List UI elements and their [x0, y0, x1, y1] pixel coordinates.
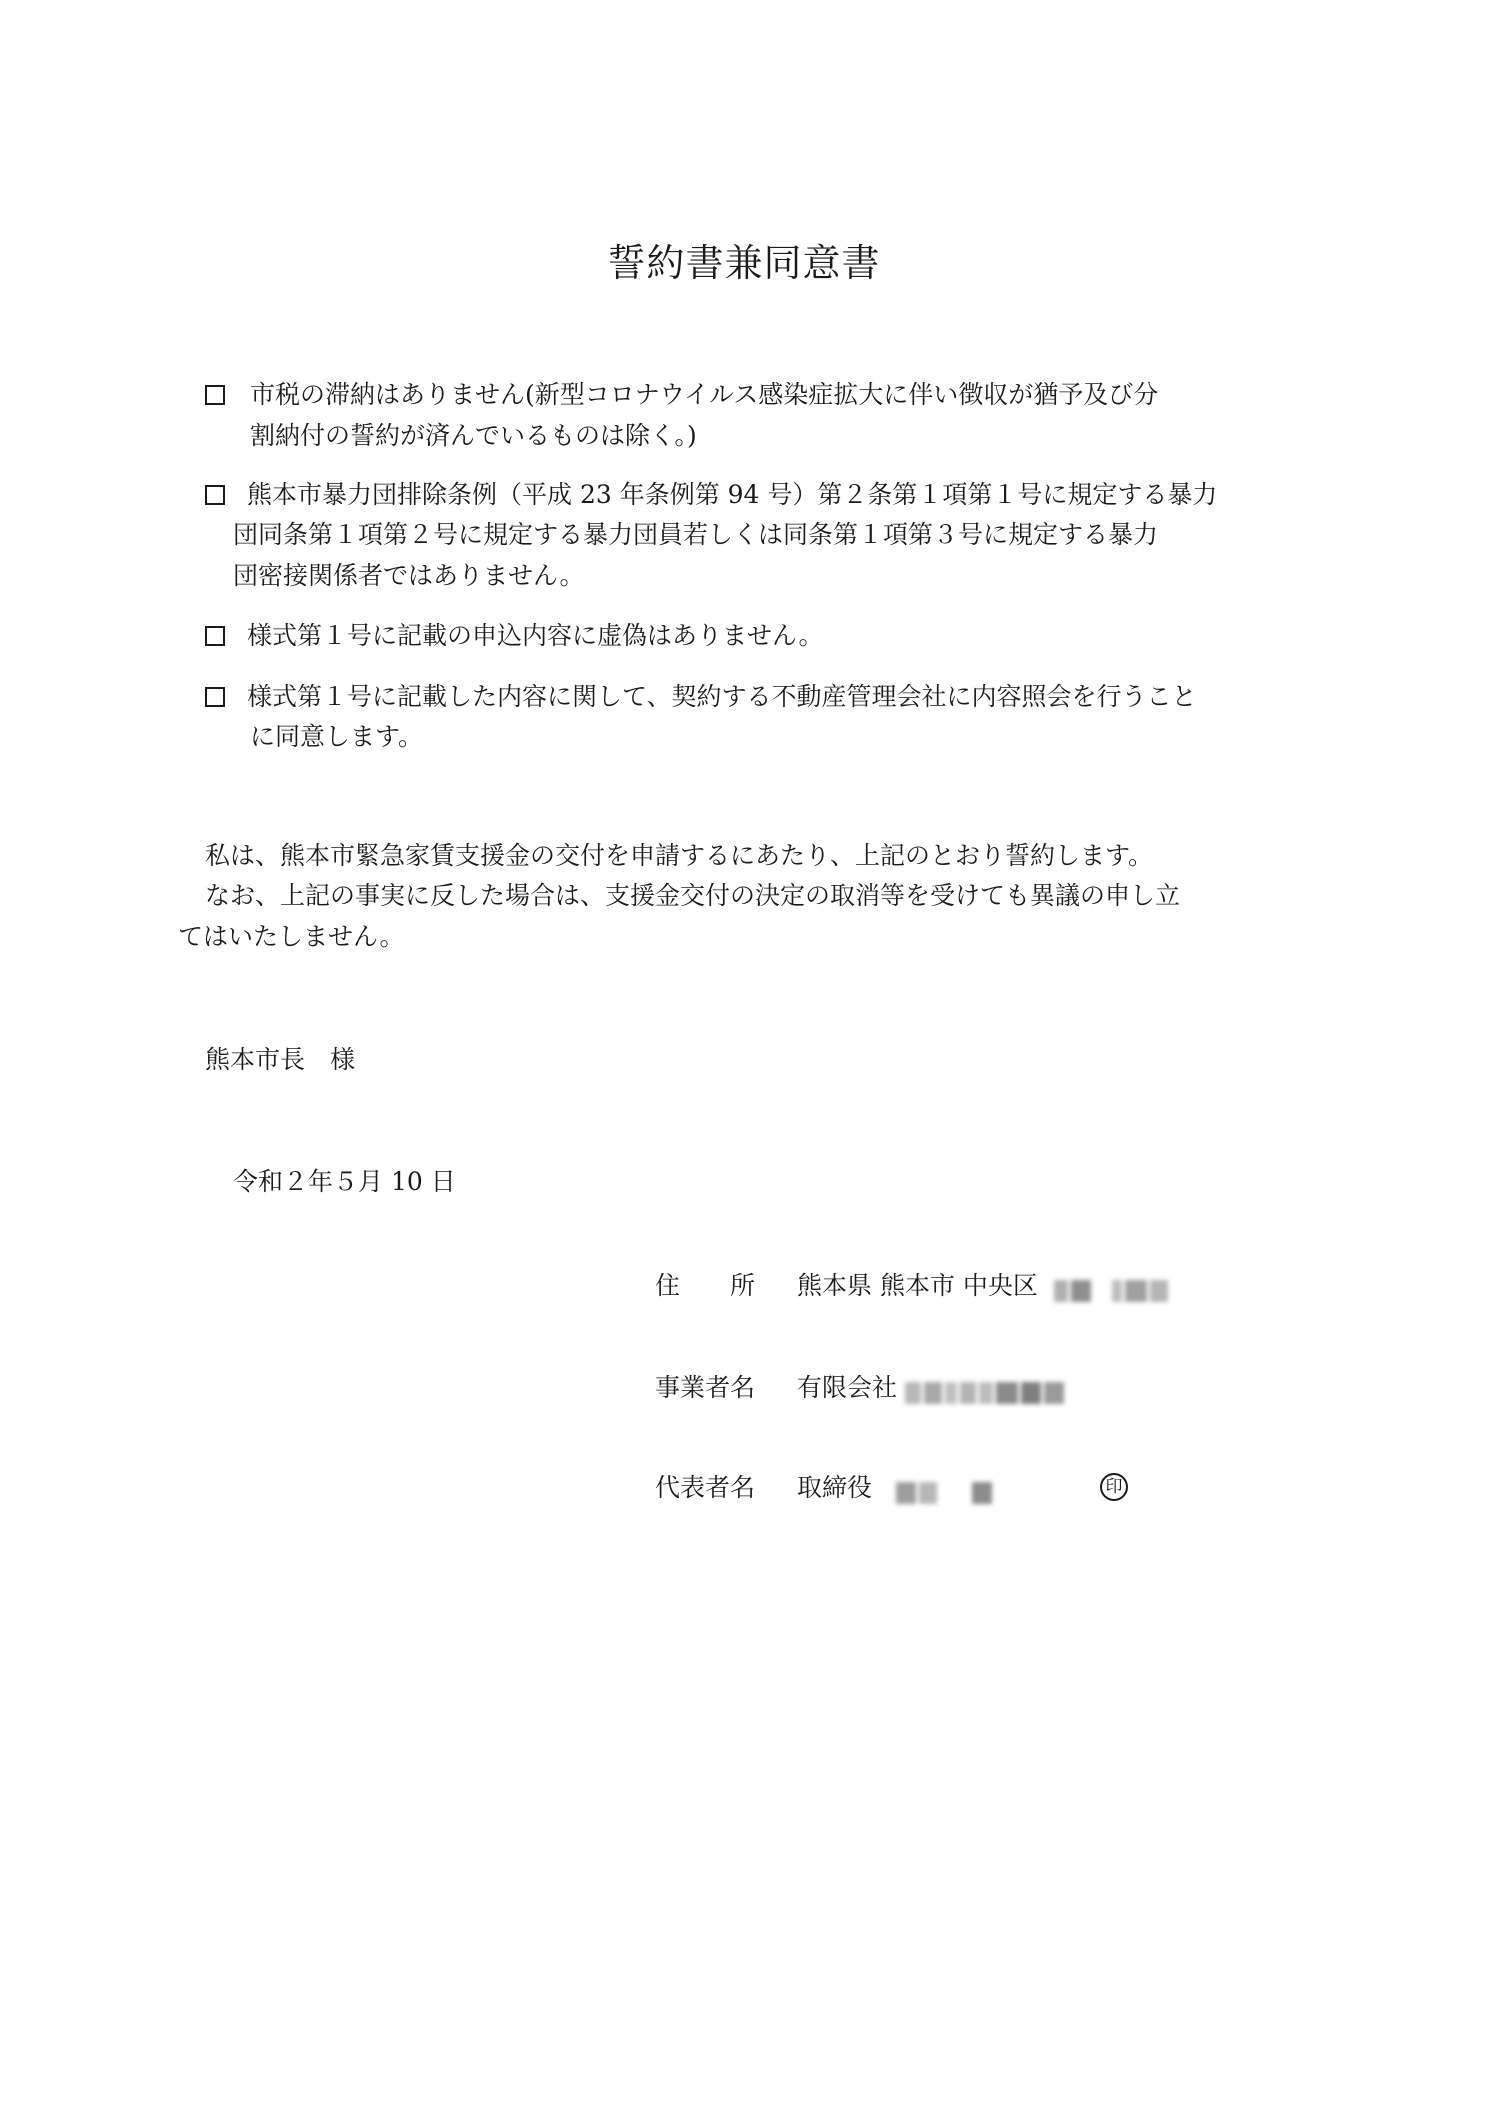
document-title: 誓約書兼同意書 — [0, 232, 1488, 287]
checklist-text-line: 熊本市暴力団排除条例（平成 23 年条例第 94 号）第２条第１項第１号に規定す… — [247, 480, 1217, 510]
redacted-representative-name — [896, 1477, 995, 1503]
checkbox-no-false-statement[interactable] — [205, 626, 225, 646]
redacted-business-name — [905, 1377, 1067, 1403]
checklist-text-line: 割納付の誓約が済んでいるものは除く。) — [250, 421, 697, 451]
business-name-label: 事業者名 — [655, 1373, 755, 1403]
business-name-value: 有限会社 — [797, 1373, 1067, 1403]
checklist-text-line: に同意します。 — [250, 722, 423, 752]
document-page: 誓約書兼同意書 市税の滞納はありません(新型コロナウイルス感染症拡大に伴い徴収が… — [0, 0, 1488, 2104]
date: 令和２年５月 10 日 — [233, 1167, 456, 1197]
checklist-text-line: 市税の滞納はありません(新型コロナウイルス感染症拡大に伴い徴収が猶予及び分 — [250, 380, 1158, 410]
checkbox-tax-arrears[interactable] — [205, 385, 225, 405]
checklist-text-line: 様式第１号に記載した内容に関して、契約する不動産管理会社に内容照会を行うこと — [247, 682, 1197, 712]
redacted-address — [1054, 1275, 1171, 1301]
paragraph-line: なお、上記の事実に反した場合は、支援金交付の決定の取消等を受けても異議の申し立 — [205, 881, 1180, 911]
paragraph-line: てはいたしません。 — [178, 922, 405, 952]
checkbox-antisocial-forces[interactable] — [205, 485, 225, 505]
checklist-text-line: 様式第１号に記載の申込内容に虚偽はありません。 — [247, 621, 824, 651]
seal-mark-icon: 印 — [1100, 1473, 1128, 1501]
representative-value: 取締役 — [797, 1473, 995, 1503]
checkbox-consent-inquiry[interactable] — [205, 687, 225, 707]
checklist-text-line: 団同条第１項第２号に規定する暴力団員若しくは同条第１項第３号に規定する暴力 — [233, 520, 1158, 550]
addressee: 熊本市長 様 — [205, 1045, 355, 1075]
representative-label: 代表者名 — [655, 1473, 755, 1503]
paragraph-line: 私は、熊本市緊急家賃支援金の交付を申請するにあたり、上記のとおり誓約します。 — [205, 841, 1153, 871]
checklist-text-line: 団密接関係者ではありません。 — [233, 561, 585, 591]
address-label: 住 所 — [655, 1271, 755, 1301]
address-text: 熊本県 熊本市 中央区 — [797, 1271, 1038, 1300]
representative-title: 取締役 — [797, 1473, 872, 1502]
business-name-text: 有限会社 — [797, 1373, 897, 1402]
address-value: 熊本県 熊本市 中央区 — [797, 1271, 1171, 1301]
